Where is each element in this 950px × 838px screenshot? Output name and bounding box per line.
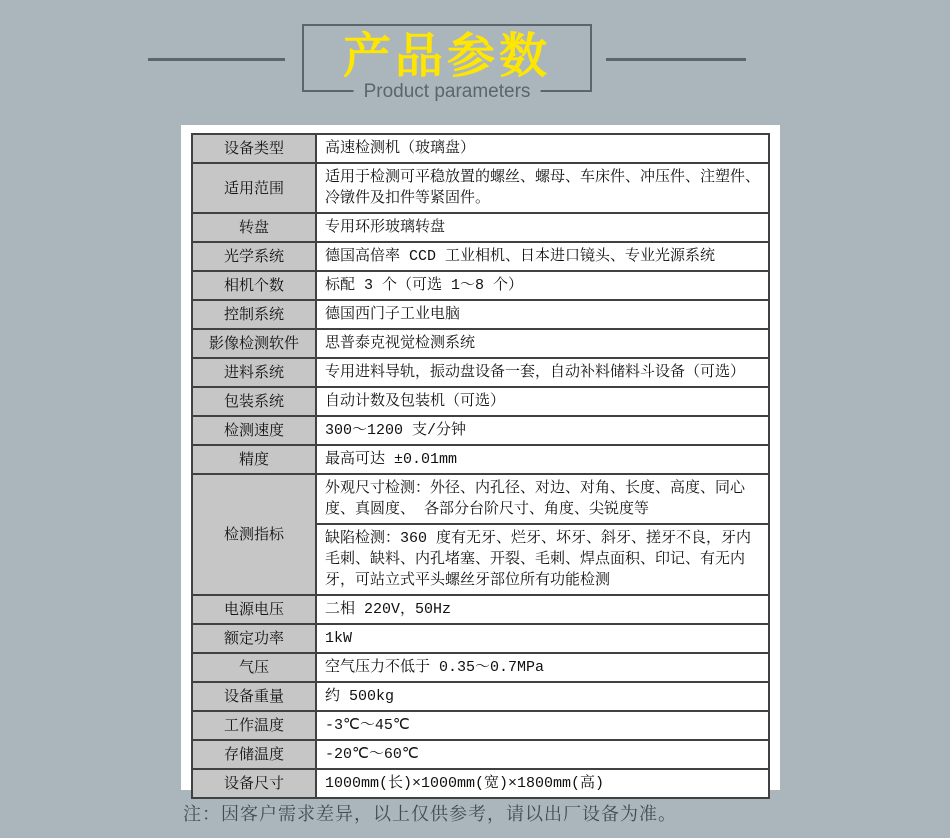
table-row: 控制系统德国西门子工业电脑 <box>192 300 769 329</box>
param-label: 精度 <box>192 445 316 474</box>
table-row: 检测指标外观尺寸检测：外径、内孔径、对边、对角、长度、高度、同心度、真圆度、 各… <box>192 474 769 524</box>
param-label: 检测速度 <box>192 416 316 445</box>
table-row: 检测速度300～1200 支/分钟 <box>192 416 769 445</box>
param-value: 标配 3 个（可选 1～8 个） <box>316 271 769 300</box>
table-row: 影像检测软件思普泰克视觉检测系统 <box>192 329 769 358</box>
title-box: 产品参数 Product parameters <box>302 24 592 92</box>
page: 产品参数 Product parameters 设备类型高速检测机（玻璃盘）适用… <box>0 0 950 838</box>
param-label: 设备类型 <box>192 134 316 163</box>
param-value: 缺陷检测：360 度有无牙、烂牙、坏牙、斜牙、搓牙不良，牙内毛刺、缺料、内孔堵塞… <box>316 524 769 595</box>
param-label: 电源电压 <box>192 595 316 624</box>
table-row: 气压空气压力不低于 0.35～0.7MPa <box>192 653 769 682</box>
spec-table: 设备类型高速检测机（玻璃盘）适用范围适用于检测可平稳放置的螺丝、螺母、车床件、冲… <box>191 133 770 799</box>
param-value: 1kW <box>316 624 769 653</box>
table-row: 设备尺寸1000mm(长)×1000mm(宽)×1800mm(高) <box>192 769 769 798</box>
table-row: 工作温度-3℃～45℃ <box>192 711 769 740</box>
table-row: 设备重量约 500kg <box>192 682 769 711</box>
param-value: 专用环形玻璃转盘 <box>316 213 769 242</box>
table-row: 转盘专用环形玻璃转盘 <box>192 213 769 242</box>
param-label: 光学系统 <box>192 242 316 271</box>
param-label: 额定功率 <box>192 624 316 653</box>
param-label: 进料系统 <box>192 358 316 387</box>
table-row: 光学系统德国高倍率 CCD 工业相机、日本进口镜头、专业光源系统 <box>192 242 769 271</box>
header-divider-right <box>606 58 746 61</box>
table-row: 存储温度-20℃～60℃ <box>192 740 769 769</box>
footnote: 注：因客户需求差异，以上仅供参考，请以出厂设备为准。 <box>183 800 677 826</box>
table-row: 相机个数标配 3 个（可选 1～8 个） <box>192 271 769 300</box>
spec-table-body: 设备类型高速检测机（玻璃盘）适用范围适用于检测可平稳放置的螺丝、螺母、车床件、冲… <box>192 134 769 798</box>
param-value: 德国西门子工业电脑 <box>316 300 769 329</box>
table-row: 额定功率1kW <box>192 624 769 653</box>
param-value: 适用于检测可平稳放置的螺丝、螺母、车床件、冲压件、注塑件、冷镦件及扣件等紧固件。 <box>316 163 769 213</box>
param-label: 适用范围 <box>192 163 316 213</box>
param-value: 空气压力不低于 0.35～0.7MPa <box>316 653 769 682</box>
page-subtitle: Product parameters <box>354 81 541 103</box>
param-label: 影像检测软件 <box>192 329 316 358</box>
param-value: 外观尺寸检测：外径、内孔径、对边、对角、长度、高度、同心度、真圆度、 各部分台阶… <box>316 474 769 524</box>
table-row: 精度最高可达 ±0.01mm <box>192 445 769 474</box>
param-label: 转盘 <box>192 213 316 242</box>
param-label: 设备重量 <box>192 682 316 711</box>
param-label: 设备尺寸 <box>192 769 316 798</box>
param-value: 最高可达 ±0.01mm <box>316 445 769 474</box>
table-row: 设备类型高速检测机（玻璃盘） <box>192 134 769 163</box>
param-value: 约 500kg <box>316 682 769 711</box>
param-value: 300～1200 支/分钟 <box>316 416 769 445</box>
param-value: 德国高倍率 CCD 工业相机、日本进口镜头、专业光源系统 <box>316 242 769 271</box>
param-value: 专用进料导轨，振动盘设备一套，自动补料储料斗设备（可选） <box>316 358 769 387</box>
param-value: 1000mm(长)×1000mm(宽)×1800mm(高) <box>316 769 769 798</box>
param-value: -3℃～45℃ <box>316 711 769 740</box>
param-value: 思普泰克视觉检测系统 <box>316 329 769 358</box>
param-label: 工作温度 <box>192 711 316 740</box>
table-row: 电源电压二相 220V，50Hz <box>192 595 769 624</box>
param-label: 相机个数 <box>192 271 316 300</box>
table-row: 进料系统专用进料导轨，振动盘设备一套，自动补料储料斗设备（可选） <box>192 358 769 387</box>
param-label: 存储温度 <box>192 740 316 769</box>
table-row: 适用范围适用于检测可平稳放置的螺丝、螺母、车床件、冲压件、注塑件、冷镦件及扣件等… <box>192 163 769 213</box>
param-value: -20℃～60℃ <box>316 740 769 769</box>
param-label: 检测指标 <box>192 474 316 595</box>
table-row: 包装系统自动计数及包装机（可选） <box>192 387 769 416</box>
param-label: 气压 <box>192 653 316 682</box>
param-value: 自动计数及包装机（可选） <box>316 387 769 416</box>
param-label: 控制系统 <box>192 300 316 329</box>
spec-panel: 设备类型高速检测机（玻璃盘）适用范围适用于检测可平稳放置的螺丝、螺母、车床件、冲… <box>181 125 780 790</box>
header-divider-left <box>148 58 285 61</box>
param-value: 二相 220V，50Hz <box>316 595 769 624</box>
param-label: 包装系统 <box>192 387 316 416</box>
param-value: 高速检测机（玻璃盘） <box>316 134 769 163</box>
